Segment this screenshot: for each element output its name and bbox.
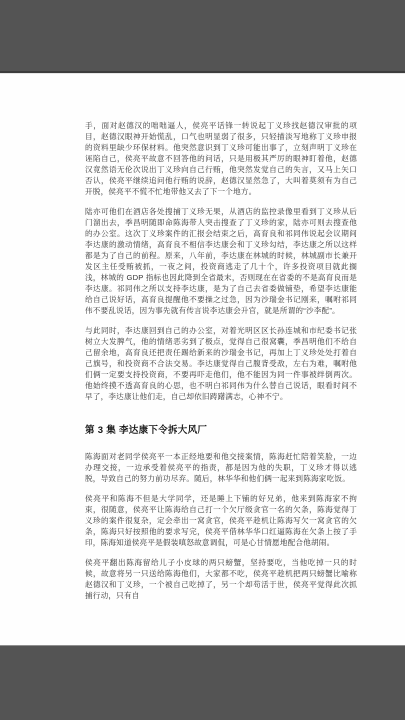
document-page[interactable]: 手，面对赵德汉的咄咄逼人，侯亮平话锋一转说起丁义珍找赵德汉审批的项目，赵德汉眼神…: [0, 73, 405, 645]
paragraph: 陆亦可他们在酒店各处搜捕丁义珍无果，从酒店的监控录像里看到丁义珍从后门溜出去，季…: [85, 206, 357, 316]
reader-screen: 手，面对赵德汉的咄咄逼人，侯亮平话锋一转说起丁义珍找赵德汉审批的项目，赵德汉眼神…: [0, 0, 405, 720]
top-letterbox: [0, 0, 405, 73]
bottom-letterbox: [0, 645, 405, 720]
page-content: 手，面对赵德汉的咄咄逼人，侯亮平话锋一转说起丁义珍找赵德汉审批的项目，赵德汉眼神…: [0, 74, 405, 601]
paragraph: 陈海面对老同学侯亮平一本正经地要和他交接案情，陈海赶忙陪着笑脸，一边办理交接，一…: [85, 451, 357, 484]
paragraph: 与此同时，李达康回到自己的办公室，对着光明区区长孙连城和市纪委书记张树立大发脾气…: [85, 325, 357, 402]
chapter-heading: 第 3 集 李达康下令拆大风厂: [85, 424, 357, 437]
paragraph: 侯亮平翻出陈海留给儿子小皮球的两只螃蟹，坚持要吃，当他吃掉一只的时候，故意将另一…: [85, 557, 357, 601]
paragraph: 手，面对赵德汉的咄咄逼人，侯亮平话锋一转说起丁义珍找赵德汉审批的项目，赵德汉眼神…: [85, 120, 357, 197]
paragraph: 侯亮平和陈海不但是大学同学，还是睡上下铺的好兄弟，他来到陈海家不拘束，很随意，侯…: [85, 493, 357, 548]
